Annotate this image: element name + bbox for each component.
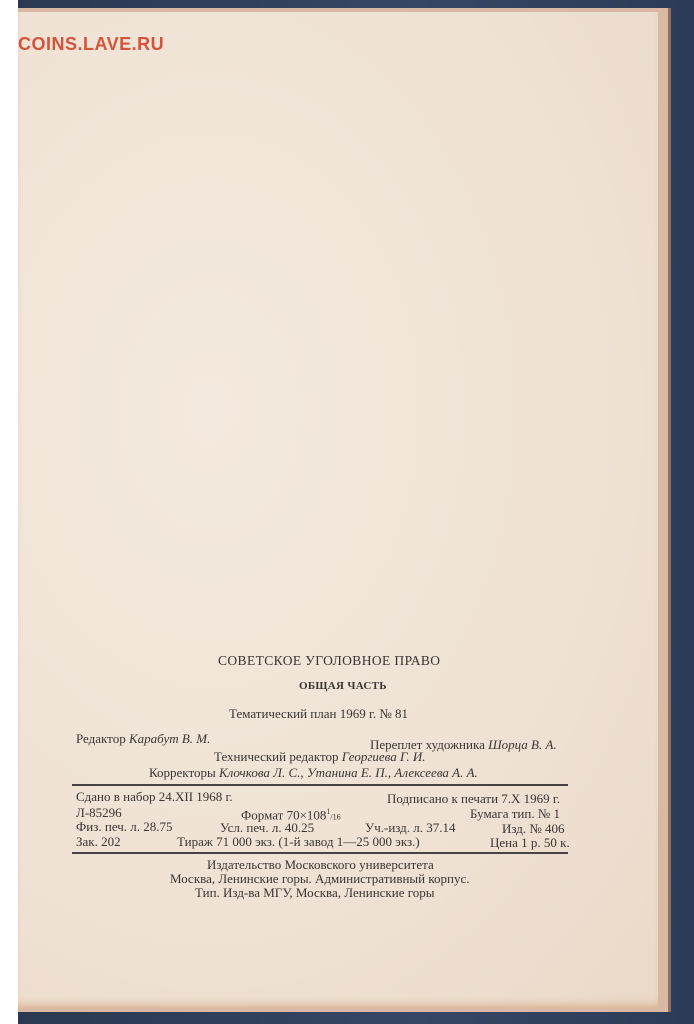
binding-name: Шорца В. А.	[488, 737, 557, 752]
divider-bottom	[72, 852, 568, 854]
book-title: СОВЕТСКОЕ УГОЛОВНОЕ ПРАВО	[218, 653, 440, 669]
tech-editor-name: Георгиева Г. И.	[342, 749, 426, 764]
editor-label: Редактор	[76, 731, 126, 746]
imprint-block: СОВЕТСКОЕ УГОЛОВНОЕ ПРАВО ОБЩАЯ ЧАСТЬ Те…	[0, 0, 694, 1024]
book-subtitle: ОБЩАЯ ЧАСТЬ	[299, 680, 387, 692]
physical-sheets: Физ. печ. л. 28.75	[76, 819, 173, 835]
proofreaders-names: Клочкова Л. С., Утанина Е. П., Алексеева…	[219, 765, 478, 780]
tech-editor-label: Технический редактор	[214, 749, 338, 764]
printer-info: Тип. Изд-ва МГУ, Москва, Ленинские горы	[195, 885, 434, 901]
proofreaders-line: Корректоры Клочкова Л. С., Утанина Е. П.…	[149, 765, 478, 781]
editor-name: Карабут В. М.	[129, 731, 210, 746]
divider-top	[72, 784, 568, 786]
order-number: Зак. 202	[76, 834, 121, 850]
tech-editor-line: Технический редактор Георгиева Г. И.	[214, 749, 426, 765]
price: Цена 1 р. 50 к.	[490, 835, 570, 851]
circulation: Тираж 71 000 экз. (1-й завод 1—25 000 эк…	[177, 834, 420, 850]
editor-line: Редактор Карабут В. М.	[76, 731, 210, 747]
submitted-date: Сдано в набор 24.XII 1968 г.	[76, 789, 233, 805]
thematic-plan: Тематический план 1969 г. № 81	[229, 706, 408, 722]
paper-type: Бумага тип. № 1	[470, 806, 560, 822]
format-sub: /16	[330, 812, 340, 821]
proofreaders-label: Корректоры	[149, 765, 216, 780]
signed-date: Подписано к печати 7.X 1969 г.	[387, 791, 560, 807]
